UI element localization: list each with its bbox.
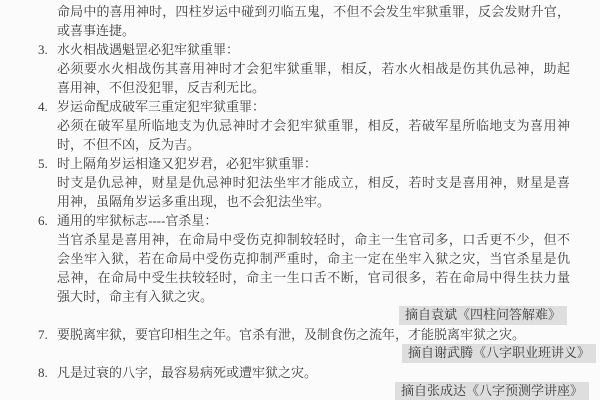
source-attribution-line: 摘自袁斌《四柱问答解难》 [0, 306, 600, 325]
text-line: 必须在破军星所临地支为仇忌神时才会犯牢狱重罪，相反，若破军星所临地支为喜用神 [0, 116, 570, 135]
text-line: 必须要水火相战伤其喜用神时才会犯牢狱重罪，相反，若水火相战是伤其仇忌神，助起 [0, 59, 570, 78]
list-item-first-line: 3.水火相战遇魁罡必犯牢狱重罪： [0, 40, 570, 59]
item-number: 5. [38, 154, 48, 173]
item-text: 岁运命配成破军三重定犯牢狱重罪： [57, 99, 265, 114]
document-page: 命局中的喜用神时，四柱岁运中碰到刃临五鬼，不但不会发生牢狱重罪，反会发财升官，或… [0, 0, 600, 400]
item-number: 6. [38, 211, 48, 230]
text-line: 强大时，命主有入狱之灾。 [0, 287, 570, 306]
item-text: 通用的牢狱标志----官杀星： [57, 213, 217, 228]
item-number: 7. [38, 325, 48, 344]
text-line: 会坐牢入狱，若在命局中受伤克抑制严重时，命主一定在坐牢入狱之灾，当官杀星是仇 [0, 249, 570, 268]
source-attribution: 摘自谢武腾《八字职业班讲义》 [402, 344, 596, 363]
source-attribution: 摘自袁斌《四柱问答解难》 [399, 306, 567, 325]
list-item-first-line: 6.通用的牢狱标志----官杀星： [0, 211, 570, 230]
item-text: 要脱离牢狱，要官印相生之年。官杀有泄，及制食伤之流年，才能脱离牢狱之灾。 [57, 327, 525, 342]
text-line: 时支是仇忌神，财星是仇忌神时犯法坐牢才能成立，相反，若时支是喜用神，财星是喜 [0, 173, 570, 192]
text-line: 命局中的喜用神时，四柱岁运中碰到刃临五鬼，不但不会发生牢狱重罪，反会发财升官， [0, 2, 570, 21]
item-number: 8. [38, 363, 48, 382]
text-line: 或喜事连捷。 [0, 21, 570, 40]
text-line: 当官杀星是喜用神，在命局中受伤克抑制较轻时，命主一生官司多，口舌更不少，但不 [0, 230, 570, 249]
text-line: 忌神，在命局中受生扶较轻时，命主一生口舌不断，官司很多，若在命局中得生扶力量 [0, 268, 570, 287]
item-number: 4. [38, 97, 48, 116]
list-item-first-line: 7.要脱离牢狱，要官印相生之年。官杀有泄，及制食伤之流年，才能脱离牢狱之灾。 [0, 325, 570, 344]
item-text: 凡是过衰的八字，最容易病死或遭牢狱之灾。 [57, 365, 317, 380]
source-attribution-line: 摘自谢武腾《八字职业班讲义》 [0, 344, 600, 363]
item-text: 水火相战遇魁罡必犯牢狱重罪： [57, 42, 239, 57]
text-line: 用神，虽隔角岁运多重出现，也不会犯法坐牢。 [0, 192, 570, 211]
item-text: 时上隔角岁运相逢又犯岁君，必犯牢狱重罪： [57, 156, 317, 171]
source-attribution: 摘自张成达《八字预测学讲座》 [395, 382, 589, 400]
source-attribution-line: 摘自张成达《八字预测学讲座》 [0, 382, 600, 400]
list-item-first-line: 5.时上隔角岁运相逢又犯岁君，必犯牢狱重罪： [0, 154, 570, 173]
text-line: 喜用神，不但没犯罪，反吉利无比。 [0, 78, 570, 97]
item-number: 3. [38, 40, 48, 59]
list-item-first-line: 8.凡是过衰的八字，最容易病死或遭牢狱之灾。 [0, 363, 570, 382]
list-item-first-line: 4.岁运命配成破军三重定犯牢狱重罪： [0, 97, 570, 116]
text-line: 时，不但不凶，反为吉。 [0, 135, 570, 154]
